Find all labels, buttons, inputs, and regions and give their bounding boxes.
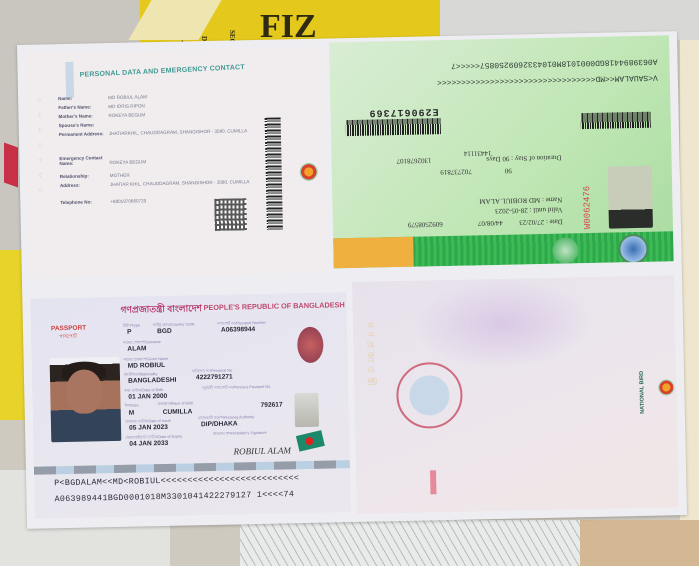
field-emergency-name: Emergency Contact Name:ROKEYA BEGUM bbox=[59, 152, 259, 166]
ghost-photo bbox=[294, 393, 319, 427]
wooden-table bbox=[580, 520, 699, 566]
field-telephone: Telephone No:+8801970660729 bbox=[60, 198, 146, 205]
holder-photo bbox=[50, 357, 122, 442]
visa-holder-photo bbox=[608, 166, 653, 229]
passport-mrz-line-1: P<BGDALAM<<MD<ROBIUL<<<<<<<<<<<<<<<<<<<<… bbox=[54, 473, 299, 488]
passport-label: PASSPORT bbox=[51, 325, 86, 333]
visa-date: Date : 27/02/23 bbox=[519, 218, 563, 227]
security-band bbox=[34, 460, 350, 475]
surname-value: ALAM bbox=[127, 345, 146, 352]
immigration-stamp bbox=[396, 362, 463, 429]
passport-number: A06398944 bbox=[221, 326, 255, 334]
issuing-authority: DIP/DHAKA bbox=[201, 420, 238, 428]
personal-data-page: PERSONAL DATA AND EMERGENCY CONTACT ⁘⁘⁘⁘… bbox=[23, 47, 328, 279]
field-address: Permanent Address:JHATIARKHIL, CHAUDDAGR… bbox=[59, 128, 259, 137]
visa-hijri-code: 14431114 bbox=[464, 149, 492, 158]
bangladesh-flag-icon bbox=[296, 430, 325, 452]
bangladesh-emblem-icon bbox=[300, 163, 318, 181]
field-father: Father's Name:MD IDRIS RIPON bbox=[58, 103, 145, 110]
previous-passport-number: 792617 bbox=[261, 401, 283, 408]
country-code-value: BGD bbox=[157, 328, 172, 335]
visa-serial: W0062476 bbox=[582, 186, 593, 229]
saudi-visa-page: W0062476 Date : 27/02/23 44/08/07 609250… bbox=[329, 35, 674, 268]
field-emergency-address: Address:JHATIAR KHIL, CHAUDDAGRAM, SHANG… bbox=[60, 179, 260, 188]
personal-number: 4222791271 bbox=[196, 374, 233, 382]
label-type: টাইপ/Type bbox=[123, 322, 140, 329]
given-name-value: MD ROBIUL bbox=[128, 362, 166, 370]
sex-value: M bbox=[129, 410, 135, 417]
barcode bbox=[265, 117, 283, 229]
country-title: PEOPLE'S REPUBLIC OF BANGLADESH bbox=[203, 300, 344, 312]
label-prev-passport: পূর্ববর্তী পাসপোর্ট নং/Previous Passport… bbox=[202, 384, 271, 392]
field-spouse: Spouse's Name: bbox=[59, 122, 109, 128]
vertical-watermark-text: গণপ্রজাতন্ত্রী bbox=[363, 321, 379, 390]
visa-duration: Duration of Stay : 90 Days bbox=[486, 154, 561, 164]
visa-ref-number: 1302678107 bbox=[396, 156, 431, 165]
visa-mrz-line-2: A0639894418GD0001018M0104332609250857<<<… bbox=[451, 57, 658, 70]
visa-hologram-band bbox=[333, 237, 414, 269]
photo-face bbox=[66, 369, 103, 414]
visa-barcode-left bbox=[581, 112, 651, 129]
field-mother: Mother's Name:ROKEYA BEGUM bbox=[58, 112, 145, 119]
pob-value: CUMILLA bbox=[163, 408, 193, 416]
watermark-pattern bbox=[412, 277, 594, 371]
expiry-date: 04 JAN 2033 bbox=[129, 440, 168, 448]
bangladesh-emblem-icon bbox=[658, 379, 674, 395]
header-stripe bbox=[65, 62, 74, 98]
visa-hijri-date: 44/08/07 bbox=[478, 219, 503, 228]
blank-passport-page: গণপ্রজাতন্ত্রী NATIONAL BIRD bbox=[352, 275, 679, 514]
visa-id: 6092508579 bbox=[408, 220, 443, 229]
type-value: P bbox=[127, 329, 132, 336]
national-bird-label: NATIONAL BIRD bbox=[639, 371, 646, 414]
label-signature: ধারকের স্বাক্ষর/Holder's Signature bbox=[213, 430, 267, 438]
field-name: Name:MD ROBIUL ALAM bbox=[58, 94, 147, 101]
page-number-mark bbox=[430, 470, 437, 494]
passport-label-bengali: পাসপোর্ট bbox=[59, 334, 77, 342]
qr-code bbox=[214, 198, 247, 231]
security-pattern: ⁘⁘⁘⁘⁘⁘⁘ bbox=[36, 96, 44, 194]
visa-id-number: 702737819 bbox=[440, 167, 472, 176]
visa-entries: 90 bbox=[505, 167, 512, 175]
hologram-icon bbox=[297, 327, 324, 364]
country-title-bengali: গণপ্রজাতন্ত্রী বাংলাদেশ bbox=[120, 301, 202, 318]
passport-photocopy: PERSONAL DATA AND EMERGENCY CONTACT ⁘⁘⁘⁘… bbox=[17, 31, 687, 529]
nationality-value: BANGLADESHI bbox=[128, 377, 176, 385]
passport-data-page: গণপ্রজাতন্ত্রী বাংলাদেশ PEOPLE'S REPUBLI… bbox=[30, 292, 351, 519]
visa-mrz-line-1: V<SAUALAM<<MD<<<<<<<<<<<<<<<<<<<<<<<<<<<… bbox=[437, 73, 658, 87]
printed-form bbox=[240, 520, 620, 566]
visa-valid-until: Valid until : 28-05-2023 bbox=[495, 206, 563, 215]
passport-mrz-line-2: A063989441BGD0001018M3301041422279127 1<… bbox=[54, 489, 294, 504]
visa-barcode-right bbox=[346, 118, 441, 136]
holder-signature: ROBIUL ALAM bbox=[233, 445, 291, 456]
red-folder-edge bbox=[4, 142, 18, 187]
personal-page-title: PERSONAL DATA AND EMERGENCY CONTACT bbox=[80, 64, 245, 79]
visa-number: E290617369 bbox=[368, 105, 438, 117]
visa-name: Name : MD ROBIUL ALAM bbox=[479, 196, 562, 206]
paper-corner bbox=[128, 0, 221, 40]
field-relationship: Relationship:MOTHER bbox=[60, 173, 130, 179]
issue-date: 05 JAN 2023 bbox=[129, 424, 168, 432]
dob-value: 01 JAN 2000 bbox=[128, 393, 167, 401]
label-pob: জন্মস্থান/Place of Birth bbox=[157, 400, 193, 408]
